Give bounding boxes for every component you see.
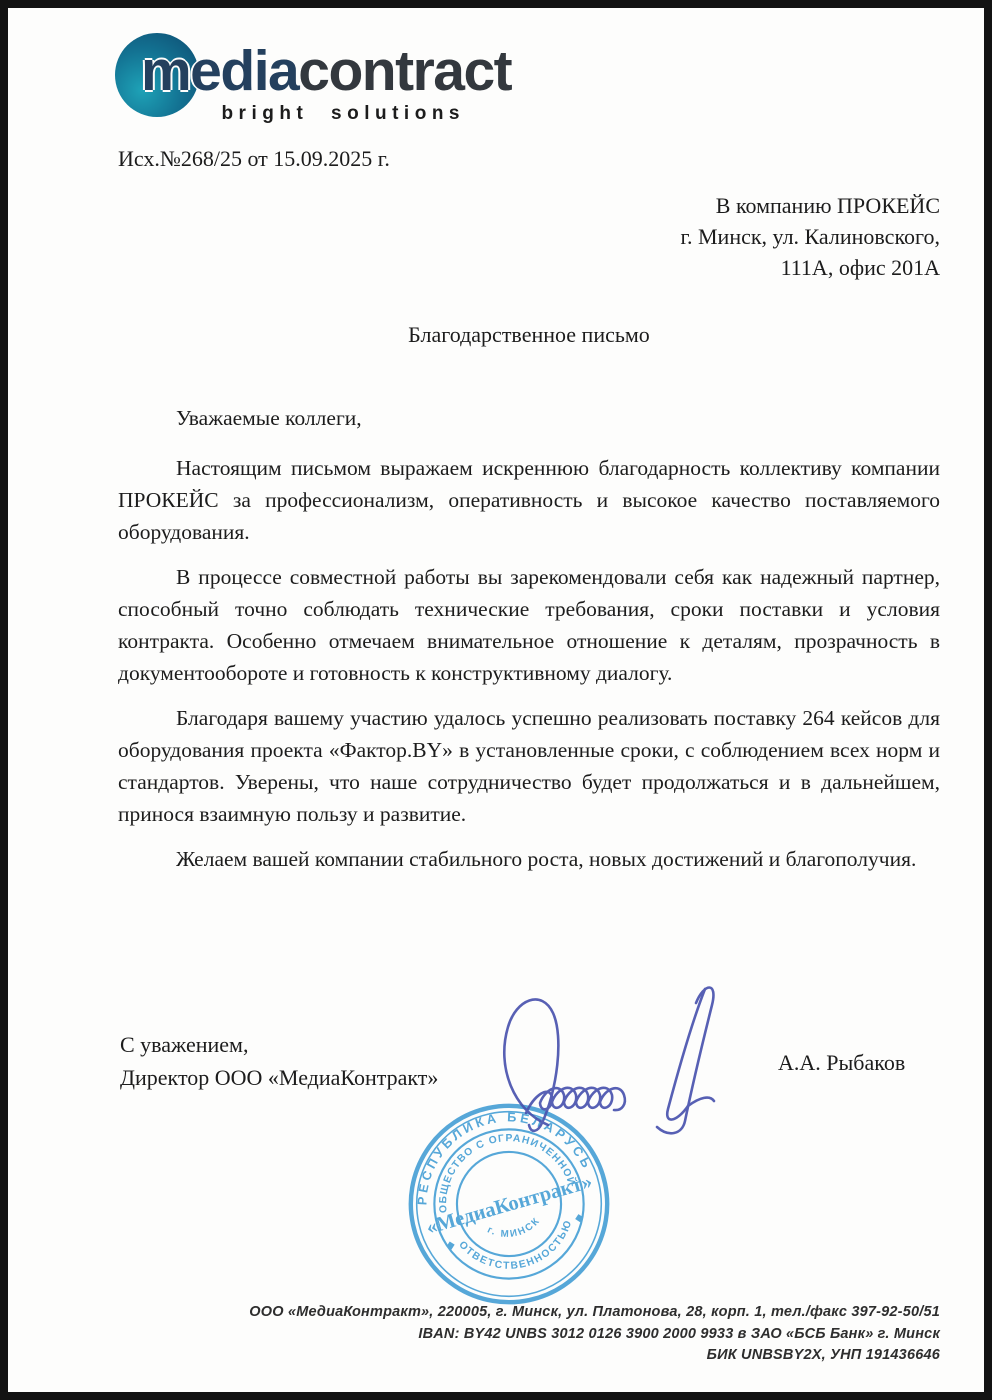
logo-wordmark: mediacontract: [141, 43, 511, 100]
paragraph: Благодаря вашему участию удалось успешно…: [118, 702, 940, 830]
recipient-line: В компанию ПРОКЕЙС: [680, 190, 940, 221]
paragraph: В процессе совместной работы вы зарекоме…: [118, 561, 940, 689]
letter-title: Благодарственное письмо: [118, 322, 940, 348]
recipient-line: 111А, офис 201А: [680, 252, 940, 283]
signoff-block: С уважением, Директор ООО «МедиаКонтракт…: [120, 1028, 438, 1094]
logo-contract-text: contract: [298, 39, 511, 103]
signoff-line: С уважением,: [120, 1028, 438, 1061]
handwritten-signature: [452, 975, 752, 1140]
paragraph: Настоящим письмом выражаем искреннюю бла…: [118, 452, 940, 548]
recipient-block: В компанию ПРОКЕЙС г. Минск, ул. Калинов…: [680, 190, 940, 283]
footer-line: БИК UNBSBY2X, УНП 191436646: [249, 1345, 940, 1367]
salutation: Уважаемые коллеги,: [118, 402, 940, 434]
signoff-line: Директор ООО «МедиаКонтракт»: [120, 1061, 438, 1094]
paragraph: Желаем вашей компании стабильного роста,…: [118, 843, 940, 875]
logo-tagline: bright solutions: [221, 103, 465, 125]
outgoing-ref-line: Исх.№268/25 от 15.09.2025 г.: [118, 146, 390, 172]
letter-body: Уважаемые коллеги, Настоящим письмом выр…: [118, 402, 940, 888]
footer-line: IBAN: BY42 UNBS 3012 0126 3900 2000 9933…: [249, 1324, 940, 1346]
letter-page: mediacontract bright solutions Исх.№268/…: [0, 0, 992, 1400]
recipient-line: г. Минск, ул. Калиновского,: [680, 221, 940, 252]
company-logo: mediacontract bright solutions: [115, 30, 467, 120]
signer-name: А.А. Рыбаков: [778, 1050, 905, 1076]
logo-media-text: media: [141, 39, 298, 103]
